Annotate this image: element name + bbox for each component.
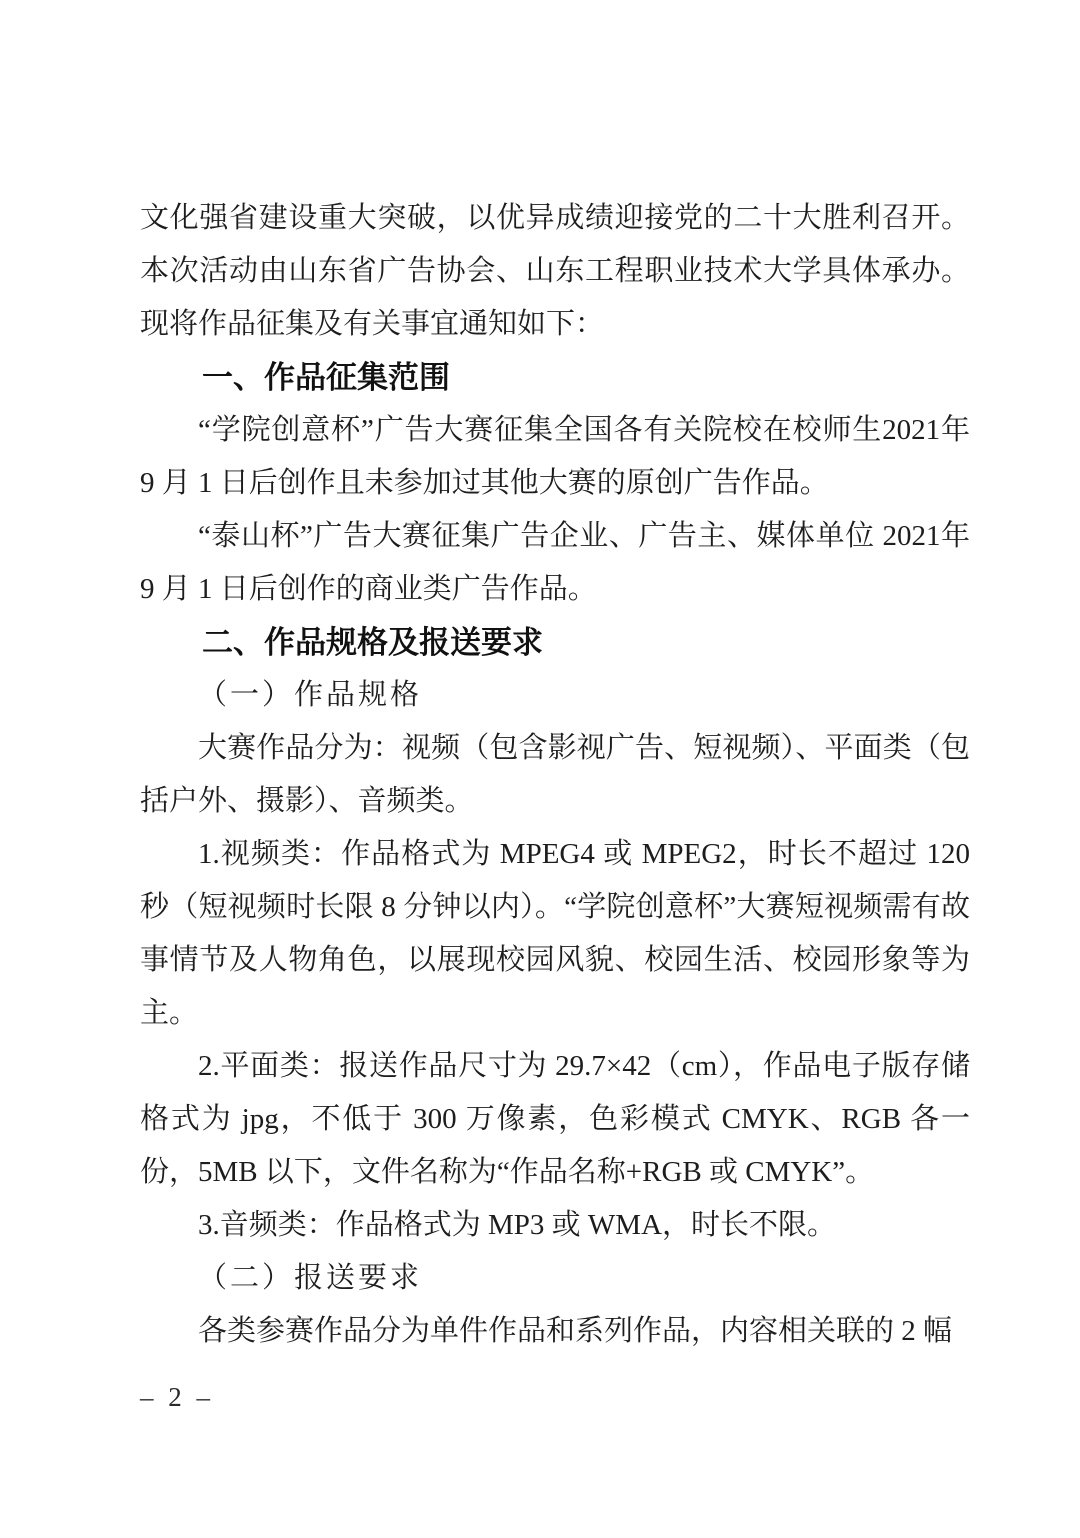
paragraph-print-category: 2.平面类：报送作品尺寸为 29.7×42（cm），作品电子版存储格式为 jpg… <box>140 1040 970 1199</box>
paragraph-continuation: 文化强省建设重大突破，以优异成绩迎接党的二十大胜利召开。本次活动由山东省广告协会… <box>140 192 970 351</box>
paragraph-xueyuan-cup: “学院创意杯”广告大赛征集全国各有关院校在校师生2021年 9 月 1 日后创作… <box>140 404 970 510</box>
paragraph-taishan-cup: “泰山杯”广告大赛征集广告企业、广告主、媒体单位 2021年 9 月 1 日后创… <box>140 510 970 616</box>
heading-section-1-scope: 一、作品征集范围 <box>140 351 970 404</box>
heading-section-2-specs: 二、作品规格及报送要求 <box>140 616 970 669</box>
subheading-submission-requirements: （二）报送要求 <box>140 1252 970 1305</box>
document-page: 文化强省建设重大突破，以优异成绩迎接党的二十大胜利召开。本次活动由山东省广告协会… <box>0 0 1080 1538</box>
paragraph-categories: 大赛作品分为：视频（包含影视广告、短视频）、平面类（包括户外、摄影）、音频类。 <box>140 722 970 828</box>
paragraph-audio-category: 3.音频类：作品格式为 MP3 或 WMA，时长不限。 <box>140 1199 970 1252</box>
document-body: 文化强省建设重大突破，以优异成绩迎接党的二十大胜利召开。本次活动由山东省广告协会… <box>140 192 970 1358</box>
paragraph-video-category: 1.视频类：作品格式为 MPEG4 或 MPEG2，时长不超过 120 秒（短视… <box>140 828 970 1040</box>
subheading-work-specs: （一）作品规格 <box>140 669 970 722</box>
page-number: – 2 – <box>140 1382 214 1413</box>
paragraph-submission-intro: 各类参赛作品分为单件作品和系列作品，内容相关联的 2 幅 <box>140 1305 970 1358</box>
